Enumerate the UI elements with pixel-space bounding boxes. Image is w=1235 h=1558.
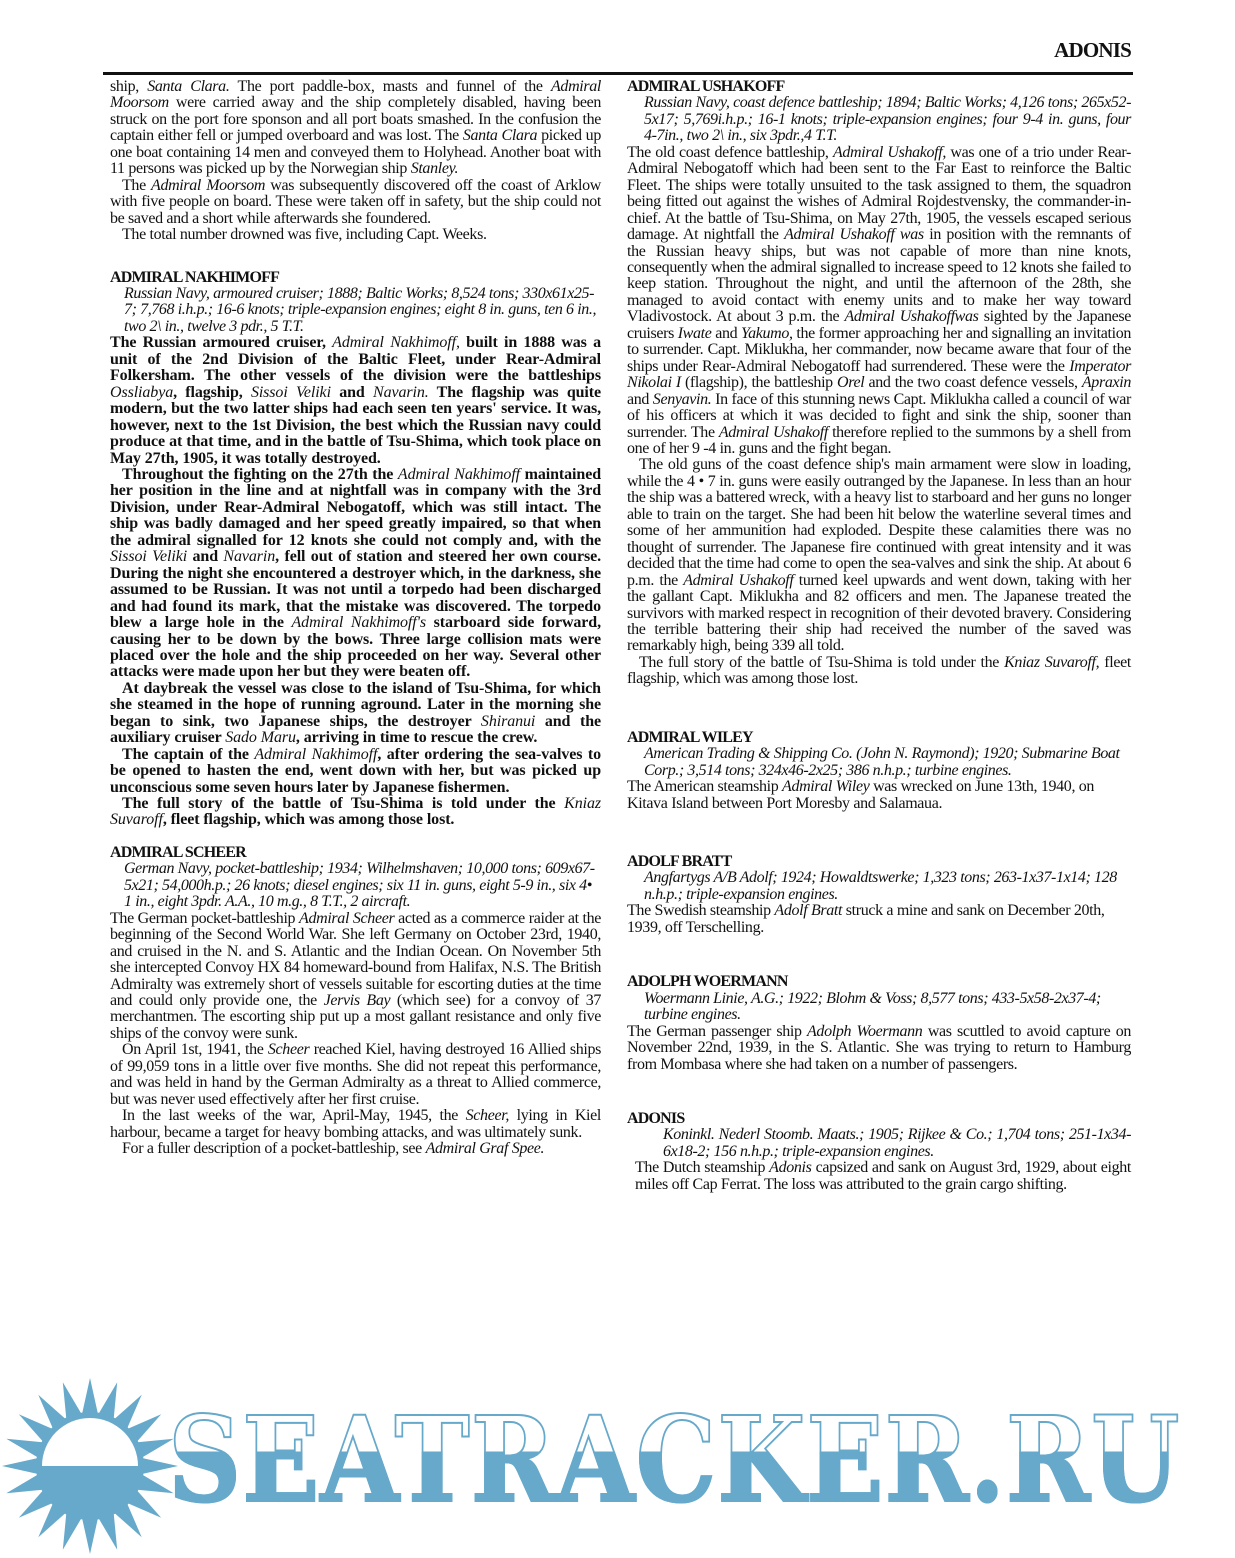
ship-name: Admiral Ushakoff, (833, 144, 946, 161)
entry-title: ADONIS (627, 1111, 1131, 1127)
paragraph: The German pocket-battleship Admiral Sch… (110, 911, 601, 1043)
paragraph: The Russian armoured cruiser, Admiral Na… (110, 335, 601, 467)
entry-title: ADMIRAL USHAKOFF (627, 79, 1131, 95)
paragraph: The American steamship Admiral Wiley was… (627, 779, 1131, 812)
watermark: SEATRACKER.RU (0, 1378, 1235, 1558)
entry-specs: Russian Navy, coast defence battleship; … (644, 95, 1131, 144)
paragraph: Throughout the fighting on the 27th the … (110, 467, 601, 681)
ship-name: Kniaz Suvaroff (110, 795, 601, 828)
ship-name: Sado Maru (225, 729, 296, 746)
ship-name: Senyavin. (653, 391, 712, 408)
paragraph: At daybreak the vessel was close to the … (110, 681, 601, 747)
entry-title: ADOLF BRATT (627, 854, 1131, 870)
entry-admiral-ushakoff: ADMIRAL USHAKOFF Russian Navy, coast def… (627, 79, 1131, 688)
ship-name: Imperator Nikolai I (627, 358, 1131, 391)
ship-name: Admiral Wiley (782, 778, 869, 795)
ship-name: Scheer (268, 1041, 309, 1058)
spacer (627, 1073, 1131, 1111)
ship-name: Jervis Bay (324, 992, 391, 1009)
spacer (110, 244, 601, 270)
ship-name: Apraxin (1082, 374, 1131, 391)
ship-name: Santa Clara (463, 127, 537, 144)
paragraph: The total number drowned was five, inclu… (110, 227, 601, 243)
entry-specs: Woermann Linie, A.G.; 1922; Blohm & Voss… (644, 991, 1131, 1024)
paragraph: On April 1st, 1941, the Scheer reached K… (110, 1042, 601, 1108)
paragraph: For a fuller description of a pocket-bat… (110, 1141, 601, 1157)
header-rule (103, 72, 1133, 75)
entry-title: ADMIRAL NAKHIMOFF (110, 270, 601, 286)
spacer (627, 688, 1131, 730)
ship-name: Admiral Ushakoff (719, 424, 828, 441)
ship-name: Sissoi Veliki (110, 548, 187, 565)
right-column: ADMIRAL USHAKOFF Russian Navy, coast def… (627, 79, 1131, 1193)
spacer (627, 812, 1131, 854)
paragraph: In the last weeks of the war, April-May,… (110, 1108, 601, 1141)
ship-name: Ossliabya (110, 384, 173, 401)
ship-name: Admiral Nakhimoff (398, 466, 520, 483)
entry-specs: German Navy, pocket-battleship; 1934; Wi… (124, 861, 601, 910)
ship-name: Admiral Ushakoff was (784, 226, 924, 243)
ship-name: Scheer, (466, 1107, 509, 1124)
entry-specs: Angfartygs A/B Adolf; 1924; Howaldtswerk… (644, 870, 1131, 903)
left-column: ship, Santa Clara. The port paddle-box, … (110, 79, 601, 1158)
paragraph: The captain of the Admiral Nakhimoff, af… (110, 747, 601, 796)
ship-name: Admiral Ushakoffwas (844, 308, 978, 325)
entry-title: ADMIRAL SCHEER (110, 845, 601, 861)
spacer (110, 829, 601, 845)
paragraph: The full story of the battle of Tsu-Shim… (627, 655, 1131, 688)
ship-name: Sissoi Veliki (251, 384, 331, 401)
ship-name: Santa Clara. (147, 78, 229, 95)
entry-admiral-wiley: ADMIRAL WILEY American Trading & Shippin… (627, 730, 1131, 812)
entry-title: ADOLPH WOERMANN (627, 974, 1131, 990)
watermark-text: SEATRACKER.RU (168, 1400, 1180, 1520)
ship-name: Navarin. (373, 384, 429, 401)
ship-name: Navarin (223, 548, 275, 565)
sun-icon (0, 1378, 190, 1558)
ship-name: Stanley. (411, 160, 458, 177)
paragraph: ship, Santa Clara. The port paddle-box, … (110, 79, 601, 178)
entry-admiral-scheer: ADMIRAL SCHEER German Navy, pocket-battl… (110, 845, 601, 1158)
ship-name: Kniaz Suvaroff, (1004, 654, 1099, 671)
ship-name: Admiral Scheer (299, 910, 394, 927)
entry-body: The Russian armoured cruiser, Admiral Na… (110, 335, 601, 829)
ship-name: Shiranui (481, 713, 535, 730)
entry-specs: Koninkl. Nederl Stoomb. Maats.; 1905; Ri… (663, 1127, 1131, 1160)
entry-specs: Russian Navy, armoured cruiser; 1888; Ba… (124, 286, 601, 335)
ship-name: Admiral Moorsom (151, 177, 265, 194)
ship-name: Admiral Nakhimoff's (292, 614, 427, 631)
ship-name: Admiral Graf Spee. (426, 1140, 545, 1157)
entry-adonis: ADONIS Koninkl. Nederl Stoomb. Maats.; 1… (627, 1111, 1131, 1193)
entry-admiral-nakhimoff: ADMIRAL NAKHIMOFF Russian Navy, armoured… (110, 270, 601, 829)
spacer (627, 936, 1131, 974)
ship-name: Adolph Woermann (807, 1023, 922, 1040)
ship-name: Admiral Nakhimoff (254, 746, 377, 763)
paragraph: The old coast defence battleship, Admira… (627, 145, 1131, 458)
paragraph: The full story of the battle of Tsu-Shim… (110, 796, 601, 829)
paragraph: The Admiral Moorsom was subsequently dis… (110, 178, 601, 227)
ship-name: Adonis (769, 1159, 811, 1176)
ship-name: Admiral Ushakoff (683, 572, 793, 589)
paragraph: The old guns of the coast defence ship's… (627, 457, 1131, 654)
ship-name: Orel (837, 374, 864, 391)
entry-admiral-moorsom-continued: ship, Santa Clara. The port paddle-box, … (110, 79, 601, 244)
paragraph: The Swedish steamship Adolf Bratt struck… (627, 903, 1131, 936)
entry-adolf-bratt: ADOLF BRATT Angfartygs A/B Adolf; 1924; … (627, 854, 1131, 936)
entry-title: ADMIRAL WILEY (627, 730, 1131, 746)
running-head: ADONIS (1054, 38, 1131, 63)
ship-name: Adolf Bratt (774, 902, 842, 919)
paragraph: The German passenger ship Adolph Woerman… (627, 1024, 1131, 1073)
entry-specs: American Trading & Shipping Co. (John N.… (644, 746, 1131, 779)
paragraph: The Dutch steamship Adonis capsized and … (627, 1160, 1131, 1193)
entry-adolph-woermann: ADOLPH WOERMANN Woermann Linie, A.G.; 19… (627, 974, 1131, 1073)
ship-name: Iwate (678, 325, 712, 342)
ship-name: Yakumo, (741, 325, 793, 342)
ship-name: Admiral Nakhimoff, (332, 334, 460, 351)
